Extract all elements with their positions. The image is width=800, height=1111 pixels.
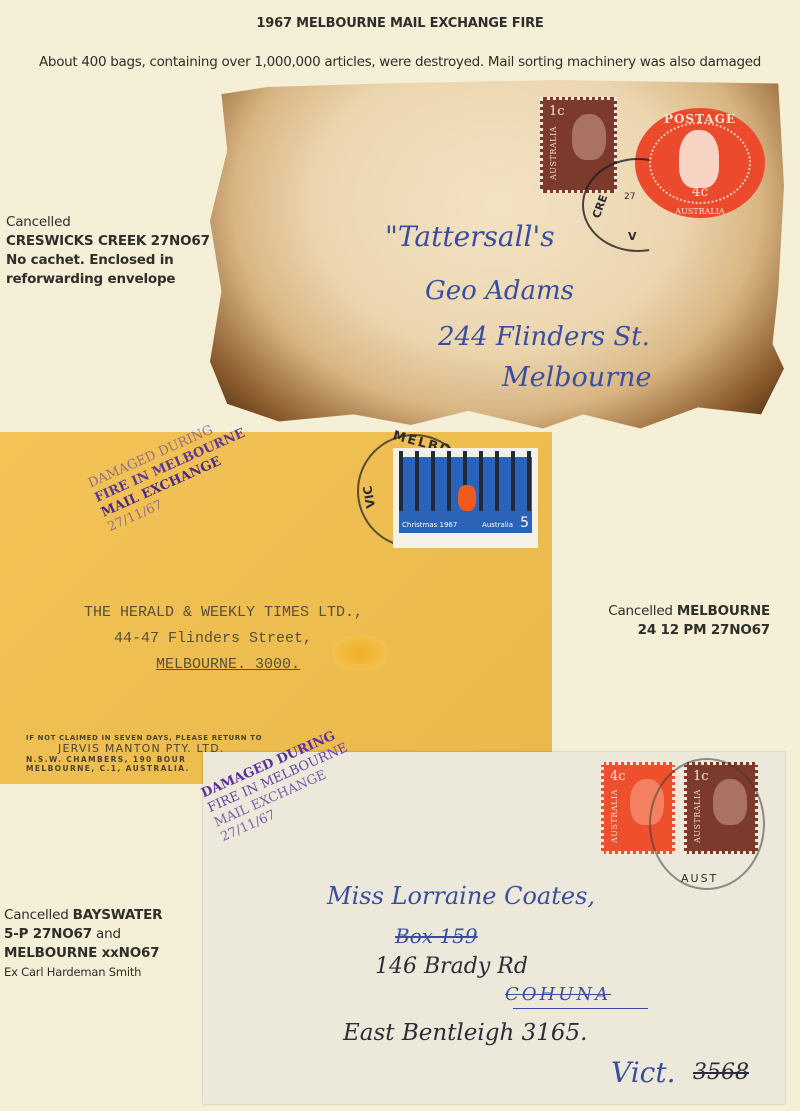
- postmark-fragment: V: [628, 230, 637, 243]
- page-subtitle: About 400 bags, containing over 1,000,00…: [0, 54, 800, 70]
- queen-portrait-icon: [572, 114, 606, 160]
- stamp-country: AUSTRALIA: [610, 789, 619, 843]
- address-name: Miss Lorraine Coates,: [327, 882, 595, 910]
- queen-silhouette-icon: [679, 130, 719, 188]
- caption-bold: BAYSWATER: [73, 907, 163, 923]
- address-line: 244 Flinders St.: [438, 322, 650, 352]
- stain: [332, 635, 388, 671]
- address-line: Geo Adams: [425, 276, 574, 306]
- address-suburb: East Bentleigh 3165.: [343, 1020, 587, 1046]
- cover-burnt-envelope: 1c AUSTRALIA POSTAGE 4c AUSTRALIA CRE 27…: [210, 80, 784, 432]
- stamp-caption: Christmas 1967: [402, 521, 457, 529]
- caption-joiner: and: [96, 926, 121, 942]
- indicium-label: POSTAGE: [635, 112, 765, 126]
- stamp-country: Australia: [482, 521, 513, 529]
- caption-provenance: Ex Carl Hardeman Smith: [4, 963, 162, 982]
- caption-melbourne: Cancelled MELBOURNE 24 12 PM 27NO67: [608, 602, 770, 640]
- address-line: "Tattersall's: [385, 220, 555, 253]
- address-struck-postcode: 3568: [693, 1060, 749, 1085]
- caption-line: CRESWICKS CREEK 27NO67: [6, 232, 210, 251]
- stamp-denomination: 5: [520, 515, 529, 531]
- caption-bold: MELBOURNE: [677, 603, 770, 619]
- cover-white-envelope: 4c AUSTRALIA 1c AUSTRALIA AUST DAMAGED D…: [203, 752, 785, 1104]
- address-street: 146 Brady Rd: [375, 954, 528, 979]
- postage-indicium: POSTAGE 4c AUSTRALIA: [635, 108, 765, 218]
- indicium-country: AUSTRALIA: [635, 207, 765, 216]
- caption-line: Cancelled: [6, 213, 210, 232]
- address-line: MELBOURNE. 3000.: [156, 656, 300, 673]
- address-state: Vict.: [611, 1056, 676, 1089]
- caption-creswicks-creek: Cancelled CRESWICKS CREEK 27NO67 No cach…: [6, 213, 210, 289]
- caption-prefix: Cancelled: [608, 603, 673, 619]
- postmark-bayswater: [649, 758, 765, 890]
- caption-line: No cachet. Enclosed in: [6, 251, 210, 270]
- address-line: Melbourne: [502, 362, 651, 393]
- caption-bold: 24 12 PM 27NO67: [638, 622, 770, 638]
- flower-icon: [458, 485, 476, 511]
- address-line: THE HERALD & WEEKLY TIMES LTD.,: [84, 604, 363, 621]
- page-title: 1967 MELBOURNE MAIL EXCHANGE FIRE: [0, 16, 800, 31]
- caption-bold: MELBOURNE xxNO67: [4, 945, 159, 961]
- address-struck-town: COHUNA: [505, 984, 611, 1005]
- caption-bold: 5-P 27NO67: [4, 926, 92, 942]
- stamp-country: AUSTRALIA: [549, 126, 558, 180]
- return-line: IF NOT CLAIMED IN SEVEN DAYS, PLEASE RET…: [26, 734, 262, 742]
- caption-bayswater: Cancelled BAYSWATER 5-P 27NO67 and MELBO…: [4, 906, 162, 982]
- divider-line: [513, 1008, 648, 1009]
- stamp-denomination: 1c: [549, 104, 565, 119]
- indicium-value: 4c: [635, 184, 765, 200]
- address-struck-box: Box 159: [395, 924, 478, 948]
- caption-prefix: Cancelled: [4, 907, 69, 923]
- caption-line: reforwarding envelope: [6, 270, 210, 289]
- postmark-fragment: AUST: [681, 872, 718, 885]
- address-line: 44-47 Flinders Street,: [114, 630, 312, 647]
- stamp-denomination: 4c: [610, 769, 626, 784]
- postmark-fragment: 27: [624, 192, 635, 202]
- cachet-damaged-during-fire: DAMAGED DURING FIRE IN MELBOURNE MAIL EX…: [86, 411, 261, 536]
- stamp-christmas-1967: Christmas 1967 Australia 5: [393, 448, 538, 548]
